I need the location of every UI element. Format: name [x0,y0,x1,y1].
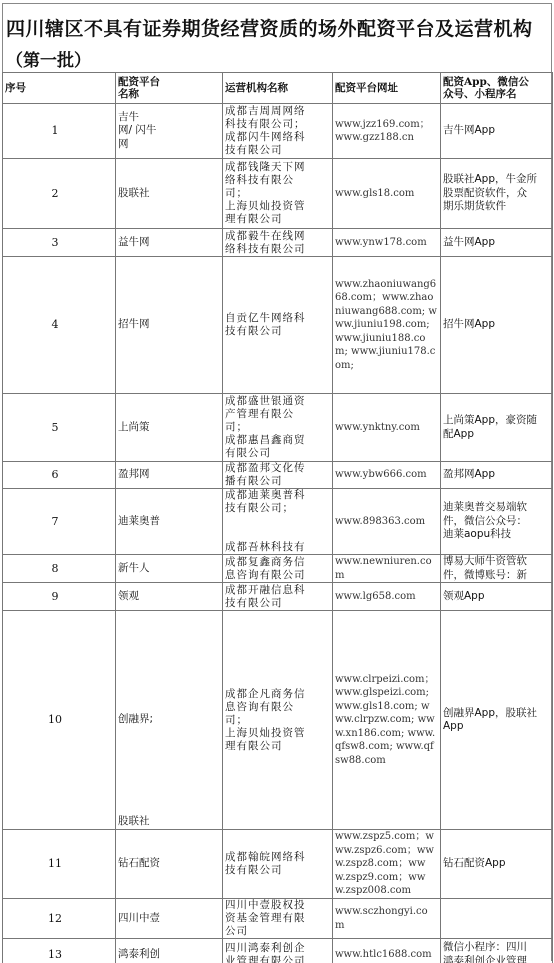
cell-platform-line: 益牛网 [118,236,220,249]
cell-platform-line: 钻石配资 [118,857,220,870]
cell-platform-line: 四川中壹 [118,912,220,925]
cell-url: www.jzz169.com；www.gzz188.cn [333,104,441,159]
cell-platform-line: 上尚策 [118,421,220,434]
cell-app: 盈邦网App [441,462,553,489]
cell-app-line: 创融界App，股联社 [443,707,550,721]
cell-url-line: om; [335,359,438,372]
table-row: 7迪莱奥普成都迪莱奥普科技有限公司；成都吾林科技有www.898363.com迪… [3,489,553,555]
cell-app: 招牛网App [441,257,553,394]
table-row: 10创融界;股联社成都企凡商务信息咨询有限公司； 上海贝灿投资管理有限公司www… [3,611,553,830]
cell-operator-line: 理有限公司 [225,213,330,226]
cell-platform-bottom: 股联社 [118,815,150,828]
cell-url-line: www.gzz188.cn [335,131,438,144]
cell-url: www.ybw666.com [333,462,441,489]
cell-url-line: www.gls18.com [335,187,438,200]
cell-index: 2 [3,159,116,229]
cell-app: 迪莱奥普交易端软件，微信公众号：迪莱aopu科技 [441,489,553,555]
cell-url-line: www.ynktny.com [335,421,438,434]
cell-index: 1 [3,104,116,159]
cell-app-line: 微信小程序：四川 [443,941,550,955]
cell-app: 益牛网App [441,229,553,257]
cell-operator-line: 息咨询有限公司 [225,569,330,582]
header-app-line1: 配资App、微信公 [443,76,550,88]
cell-url-line: m [335,919,438,932]
header-platform: 配资平台 名称 [116,73,223,104]
cell-url-line: www.htlc1688.com [335,948,438,961]
cell-url-line: www.jzz169.com； [335,118,438,131]
cell-platform: 招牛网 [116,257,223,394]
cell-platform: 四川中壹 [116,899,223,939]
cell-operator-line: 四川鸿泰利创企 [225,942,330,955]
cell-operator-line: 业管理有限公司 [225,955,330,963]
cell-operator-line: 资基金管理有限 [225,912,330,925]
cell-operator-line: 产管理有限公 [225,408,330,421]
cell-operator-line: 成都闪牛网络科 [225,131,330,144]
cell-url-line: w.zspz8.com；ww [335,857,438,870]
cell-operator-line: 络科技有限公司 [225,243,330,256]
cell-platform-line: 领观 [118,590,220,603]
header-index: 序号 [3,73,116,104]
cell-operator: 成都翰皖网络科技有限公司 [223,830,333,899]
cell-operator-line: 技有限公司 [225,325,330,338]
cell-operator: 四川中壹股权投资基金管理有限公司 [223,899,333,939]
cell-operator-line: 司； [225,187,330,200]
cell-app-line: 吉牛网App [443,124,550,138]
cell-index: 13 [3,939,116,963]
header-operator: 运营机构名称 [223,73,333,104]
cell-url: www.ynktny.com [333,394,441,462]
cell-url-line: www.lg658.com [335,590,438,603]
cell-platform: 上尚策 [116,394,223,462]
cell-index: 6 [3,462,116,489]
cell-app-line: 股票配资软件，众 [443,187,550,201]
cell-operator-line: 技有限公司； [225,502,330,515]
cell-operator-line: 成都开融信息科 [225,584,330,597]
table-row: 4招牛网自贡亿牛网络科技有限公司www.zhaoniuwang668.com；w… [3,257,553,394]
cell-url-line: m [335,569,438,582]
cell-platform-line: 新牛人 [118,562,220,575]
table-row: 8新牛人成都复鑫商务信息咨询有限公司www.newniuren.com博易大师牛… [3,555,553,583]
cell-index: 5 [3,394,116,462]
cell-index: 4 [3,257,116,394]
cell-app-line: 件，微博账号：新 [443,569,550,583]
cell-platform-line: 招牛网 [118,318,220,331]
cell-url-line: www.zhaoniuwang6 [335,278,438,291]
table-row: 1吉牛网/ 闪牛网成都吉周周网络科技有限公司；成都闪牛网络科技有限公司www.j… [3,104,553,159]
cell-operator: 成都钱隆天下网络科技有限公司；上海贝灿投资管理有限公司 [223,159,333,229]
header-app: 配资App、微信公 众号、小程序名 [441,73,553,104]
cell-operator: 自贡亿牛网络科技有限公司 [223,257,333,394]
cell-operator: 成都吉周周网络科技有限公司；成都闪牛网络科技有限公司 [223,104,333,159]
cell-operator-line: 自贡亿牛网络科 [225,312,330,325]
table-header-row: 序号 配资平台 名称 运营机构名称 配资平台网址 配资App、微信公 众号、小程… [3,73,553,104]
cell-index: 7 [3,489,116,555]
cell-app-line: 配App [443,428,550,442]
table-row: 2股联社成都钱隆天下网络科技有限公司；上海贝灿投资管理有限公司www.gls18… [3,159,553,229]
cell-operator-line: 上海贝灿投资管 [225,727,330,740]
cell-url: www.gls18.com [333,159,441,229]
cell-url-line: qfsw8.com; www.qf [335,740,438,753]
cell-platform: 迪莱奥普 [116,489,223,555]
cell-platform: 新牛人 [116,555,223,583]
cell-operator-line: 技有限公司 [225,864,330,877]
cell-app-line: 迪莱奥普交易端软 [443,501,550,515]
cell-url: www.sczhongyi.com [333,899,441,939]
cell-app-line: 钻石配资App [443,857,550,871]
cell-url-line: www.glspeizi.com; [335,686,438,699]
table-body: 1吉牛网/ 闪牛网成都吉周周网络科技有限公司；成都闪牛网络科技有限公司www.j… [3,104,553,963]
cell-platform-line: 股联社 [118,187,220,200]
cell-index: 9 [3,583,116,611]
cell-url: www.newniuren.com [333,555,441,583]
cell-app-line: 件，微信公众号： [443,515,550,529]
cell-url-line: ww.clrpzw.com; ww [335,713,438,726]
cell-app: 博易大师牛资管软件，微博账号：新 [441,555,553,583]
header-app-line2: 众号、小程序名 [443,88,550,100]
cell-url-line: www.newniuren.co [335,555,438,568]
cell-url-line: www.ynw178.com [335,236,438,249]
table-row: 12四川中壹四川中壹股权投资基金管理有限公司www.sczhongyi.com [3,899,553,939]
cell-app-line: 上尚策App，豪资随 [443,414,550,428]
cell-operator-line: 成都企凡商务信 [225,688,330,701]
cell-platform-line: 吉牛 [118,111,220,124]
header-platform-line2: 名称 [118,88,220,100]
cell-platform: 吉牛网/ 闪牛网 [116,104,223,159]
cell-operator: 四川鸿泰利创企业管理有限公司 [223,939,333,963]
table-row: 13鸿泰利创四川鸿泰利创企业管理有限公司www.htlc1688.com微信小程… [3,939,553,963]
cell-url-line: w.zspz9.com；ww [335,871,438,884]
cell-platform: 创融界;股联社 [116,611,223,830]
cell-operator-line: 理有限公司 [225,740,330,753]
cell-app-line: 招牛网App [443,318,550,332]
cell-url-line: m; www.jiuniu178.c [335,345,438,358]
cell-platform: 鸿泰利创 [116,939,223,963]
cell-operator-line: 成都毅牛在线网 [225,230,330,243]
cell-index: 3 [3,229,116,257]
cell-operator: 成都盛世银通资产管理有限公司；成都惠昌鑫商贸有限公司 [223,394,333,462]
table-row: 9领观成都开融信息科技有限公司www.lg658.com领观App [3,583,553,611]
cell-app-line: 迪莱aopu科技 [443,528,550,542]
cell-index: 11 [3,830,116,899]
cell-url-line: w.zspz008.com [335,884,438,897]
cell-platform: 盈邦网 [116,462,223,489]
cell-url-line: www.sczhongyi.co [335,905,438,918]
cell-url-line: ww.jiuniu198.com; [335,318,438,331]
cell-app-line: App [443,720,550,734]
document-title: 四川辖区不具有证券期货经营资质的场外配资平台及运营机构 [6,14,533,41]
cell-index: 8 [3,555,116,583]
cell-url-line: www.gls18.com; w [335,700,438,713]
cell-operator: 成都盈邦文化传播有限公司 [223,462,333,489]
cell-app: 领观App [441,583,553,611]
table-row: 3益牛网成都毅牛在线网络科技有限公司www.ynw178.com益牛网App [3,229,553,257]
cell-url-line: www.898363.com [335,515,438,528]
cell-platform-line: 盈邦网 [118,468,220,481]
cell-operator: 成都企凡商务信息咨询有限公司； 上海贝灿投资管理有限公司 [223,611,333,830]
cell-app-line: 博易大师牛资管软 [443,555,550,569]
document-subtitle: （第一批） [6,46,91,71]
cell-app: 创融界App，股联社App [441,611,553,830]
cell-app: 微信小程序：四川鸿泰利创企业管理 [441,939,553,963]
cell-app-line: 领观App [443,590,550,604]
cell-operator-line: 司； [225,714,330,727]
cell-app: 股联社App，牛金所股票配资软件，众期乐期货软件 [441,159,553,229]
cell-platform-line: 创融界; [118,713,220,726]
cell-url: www.898363.com [333,489,441,555]
cell-platform-line: 网 [118,138,220,151]
cell-url-line: sw88.com [335,754,438,767]
cell-platform: 领观 [116,583,223,611]
cell-url-line: ww.zspz6.com；ww [335,844,438,857]
cell-platform-line: 网/ 闪牛 [118,124,220,137]
cell-app-line: 盈邦网App [443,468,550,482]
cell-url: www.zspz5.com；www.zspz6.com；www.zspz8.co… [333,830,441,899]
platform-table: 序号 配资平台 名称 运营机构名称 配资平台网址 配资App、微信公 众号、小程… [2,72,553,963]
cell-url-line: www.jiuniu188.co [335,332,438,345]
cell-url: www.ynw178.com [333,229,441,257]
cell-app-line: 益牛网App [443,236,550,250]
cell-operator-line: 成都盈邦文化传 [225,462,330,475]
cell-url: www.zhaoniuwang668.com；www.zhaoniuwang68… [333,257,441,394]
header-platform-line1: 配资平台 [118,76,220,88]
cell-operator: 成都迪莱奥普科技有限公司；成都吾林科技有 [223,489,333,555]
cell-operator: 成都开融信息科技有限公司 [223,583,333,611]
cell-app: 吉牛网App [441,104,553,159]
cell-url-line: www.clrpeizi.com； [335,673,438,686]
cell-url: www.htlc1688.com [333,939,441,963]
cell-operator-line: 有限公司 [225,447,330,460]
cell-platform-line: 鸿泰利创 [118,948,220,961]
cell-operator-line: 息咨询有限公 [225,701,330,714]
cell-app-line: 股联社App，牛金所 [443,173,550,187]
cell-operator: 成都复鑫商务信息咨询有限公司 [223,555,333,583]
cell-platform-line: 迪莱奥普 [118,515,220,528]
cell-url-line: w.xn186.com; www. [335,727,438,740]
cell-url-line: niuwang688.com; w [335,305,438,318]
cell-app-line: 鸿泰利创企业管理 [443,955,550,963]
cell-app-line: 期乐期货软件 [443,200,550,214]
cell-operator-line [225,515,330,541]
cell-url-line: 68.com；www.zhao [335,291,438,304]
cell-url-line: www.zspz5.com；w [335,830,438,843]
cell-operator-line: 成都吉周周网络 [225,105,330,118]
cell-operator-line: 成都翰皖网络科 [225,851,330,864]
cell-app: 钻石配资App [441,830,553,899]
cell-operator: 成都毅牛在线网络科技有限公司 [223,229,333,257]
cell-platform: 钻石配资 [116,830,223,899]
cell-operator-line: 司； [225,421,330,434]
cell-index: 12 [3,899,116,939]
table-row: 6盈邦网成都盈邦文化传播有限公司www.ybw666.com盈邦网App [3,462,553,489]
table-row: 5上尚策成都盛世银通资产管理有限公司；成都惠昌鑫商贸有限公司www.ynktny… [3,394,553,462]
cell-app: 上尚策App，豪资随配App [441,394,553,462]
cell-operator-line: 技有限公司 [225,144,330,157]
header-url: 配资平台网址 [333,73,441,104]
cell-url: www.lg658.com [333,583,441,611]
cell-operator-line: 技有限公司 [225,597,330,610]
cell-operator-line: 上海贝灿投资管 [225,200,330,213]
cell-url: www.clrpeizi.com；www.glspeizi.com;www.gl… [333,611,441,830]
cell-operator-line: 成都迪莱奥普科 [225,489,330,502]
cell-operator-line: 成都钱隆天下网 [225,161,330,174]
table-row: 11钻石配资成都翰皖网络科技有限公司www.zspz5.com；www.zspz… [3,830,553,899]
cell-platform: 益牛网 [116,229,223,257]
cell-operator-line: 科技有限公司； [225,118,330,131]
cell-operator-line: 成都复鑫商务信 [225,556,330,569]
cell-index: 10 [3,611,116,830]
cell-operator-line: 成都盛世银通资 [225,395,330,408]
cell-app [441,899,553,939]
cell-url-line: www.ybw666.com [335,468,438,481]
cell-operator-line: 四川中壹股权投 [225,899,330,912]
cell-operator-line: 成都吾林科技有 [225,541,330,554]
cell-operator-line: 公司 [225,925,330,938]
cell-platform: 股联社 [116,159,223,229]
cell-operator-line: 播有限公司 [225,475,330,488]
cell-operator-line: 络科技有限公 [225,174,330,187]
cell-operator-line: 成都惠昌鑫商贸 [225,434,330,447]
